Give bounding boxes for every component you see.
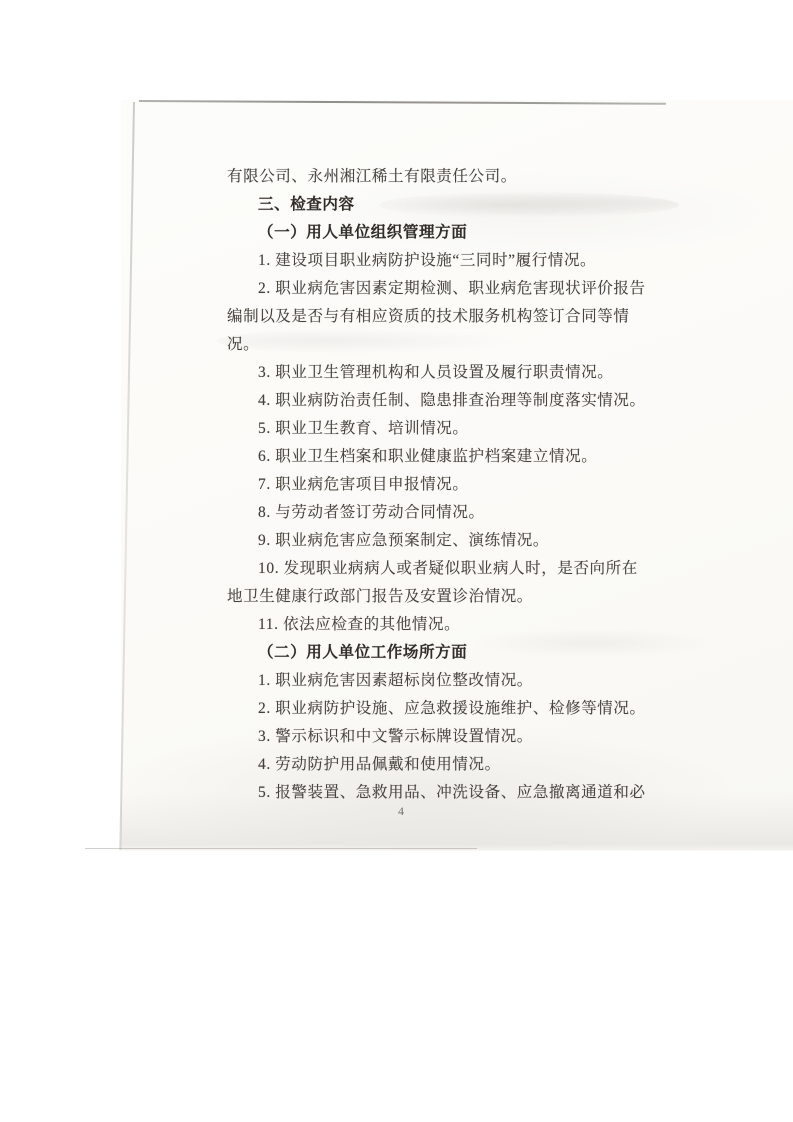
paragraph: 1. 建设项目职业病防护设施“三同时”履行情况。 [227,247,667,275]
paragraph: 2. 职业病防护设施、应急救援设施维护、检修等情况。 [227,695,667,723]
paragraph: 10. 发现职业病病人或者疑似职业病人时，是否向所在 地卫生健康行政部门报告及安… [227,555,667,611]
paragraph: 7. 职业病危害项目申报情况。 [227,471,667,499]
page-number: 4 [393,803,409,819]
paragraph: 4. 劳动防护用品佩戴和使用情况。 [227,751,667,779]
paragraph: 1. 职业病危害因素超标岗位整改情况。 [227,667,667,695]
paragraph: 6. 职业卫生档案和职业健康监护档案建立情况。 [227,443,667,471]
paragraph: 4. 职业病防治责任制、隐患排查治理等制度落实情况。 [227,387,667,415]
page-left-edge [119,102,135,850]
paragraph: 11. 依法应检查的其他情况。 [227,611,667,639]
paragraph: 5. 职业卫生教育、培训情况。 [227,415,667,443]
scan-background: 有限公司、永州湘江稀土有限责任公司。三、检查内容（一）用人单位组织管理方面1. … [0,0,793,1122]
paragraph: 3. 警示标识和中文警示标牌设置情况。 [227,723,667,751]
paragraph: 3. 职业卫生管理机构和人员设置及履行职责情况。 [227,359,667,387]
heading: （二）用人单位工作场所方面 [227,639,667,667]
paragraph: 5. 报警装置、急救用品、冲洗设备、应急撤离通道和必 [227,779,667,807]
paragraph: 有限公司、永州湘江稀土有限责任公司。 [227,163,667,191]
text-block: 有限公司、永州湘江稀土有限责任公司。三、检查内容（一）用人单位组织管理方面1. … [227,163,667,807]
heading: 三、检查内容 [227,191,667,219]
document-page: 有限公司、永州湘江稀土有限责任公司。三、检查内容（一）用人单位组织管理方面1. … [121,100,793,851]
paragraph: 2. 职业病危害因素定期检测、职业病危害现状评价报告 编制以及是否与有相应资质的… [227,275,667,359]
paragraph: 9. 职业病危害应急预案制定、演练情况。 [227,527,667,555]
heading: （一）用人单位组织管理方面 [227,219,667,247]
paragraph: 8. 与劳动者签订劳动合同情况。 [227,499,667,527]
page-top-edge [139,100,666,105]
